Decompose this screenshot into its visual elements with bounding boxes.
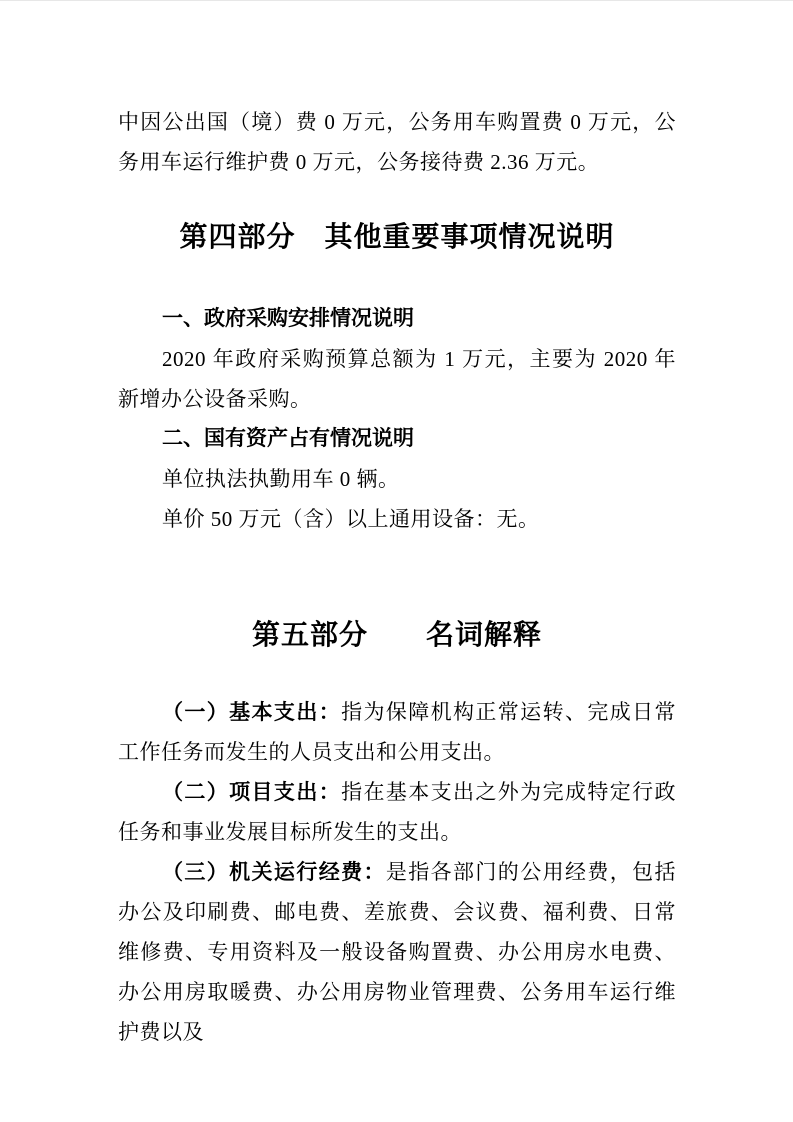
term-project-expenditure-label: （二）项目支出： — [162, 780, 341, 804]
term-project-expenditure: （二）项目支出：指在基本支出之外为完成特定行政任务和事业发展目标所发生的支出。 — [118, 772, 676, 852]
term-agency-operating-funds: （三）机关运行经费：是指各部门的公用经费，包括办公及印刷费、邮电费、差旅费、会议… — [118, 852, 676, 1052]
term-basic-expenditure-label: （一）基本支出： — [162, 700, 341, 724]
part4-title: 第四部分 其他重要事项情况说明 — [118, 217, 676, 257]
section-heading-state-assets: 二、国有资产占有情况说明 — [118, 419, 676, 459]
term-basic-expenditure: （一）基本支出：指为保障机构正常运转、完成日常工作任务而发生的人员支出和公用支出… — [118, 692, 676, 772]
paragraph-procurement-budget: 2020 年政府采购预算总额为 1 万元，主要为 2020 年新增办公设备采购。 — [118, 339, 676, 419]
term-agency-operating-funds-definition: 是指各部门的公用经费，包括办公及印刷费、邮电费、差旅费、会议费、福利费、日常维修… — [118, 860, 676, 1044]
section-heading-government-procurement: 一、政府采购安排情况说明 — [118, 299, 676, 339]
paragraph-three-public-funds: 中因公出国（境）费 0 万元，公务用车购置费 0 万元，公务用车运行维护费 0 … — [118, 102, 676, 182]
document-page: 中因公出国（境）费 0 万元，公务用车购置费 0 万元，公务用车运行维护费 0 … — [0, 0, 793, 1122]
paragraph-law-enforcement-vehicles: 单位执法执勤用车 0 辆。 — [118, 459, 676, 499]
paragraph-general-equipment: 单价 50 万元（含）以上通用设备：无。 — [118, 499, 676, 539]
part5-title: 第五部分 名词解释 — [118, 615, 676, 655]
term-agency-operating-funds-label: （三）机关运行经费： — [162, 860, 386, 884]
